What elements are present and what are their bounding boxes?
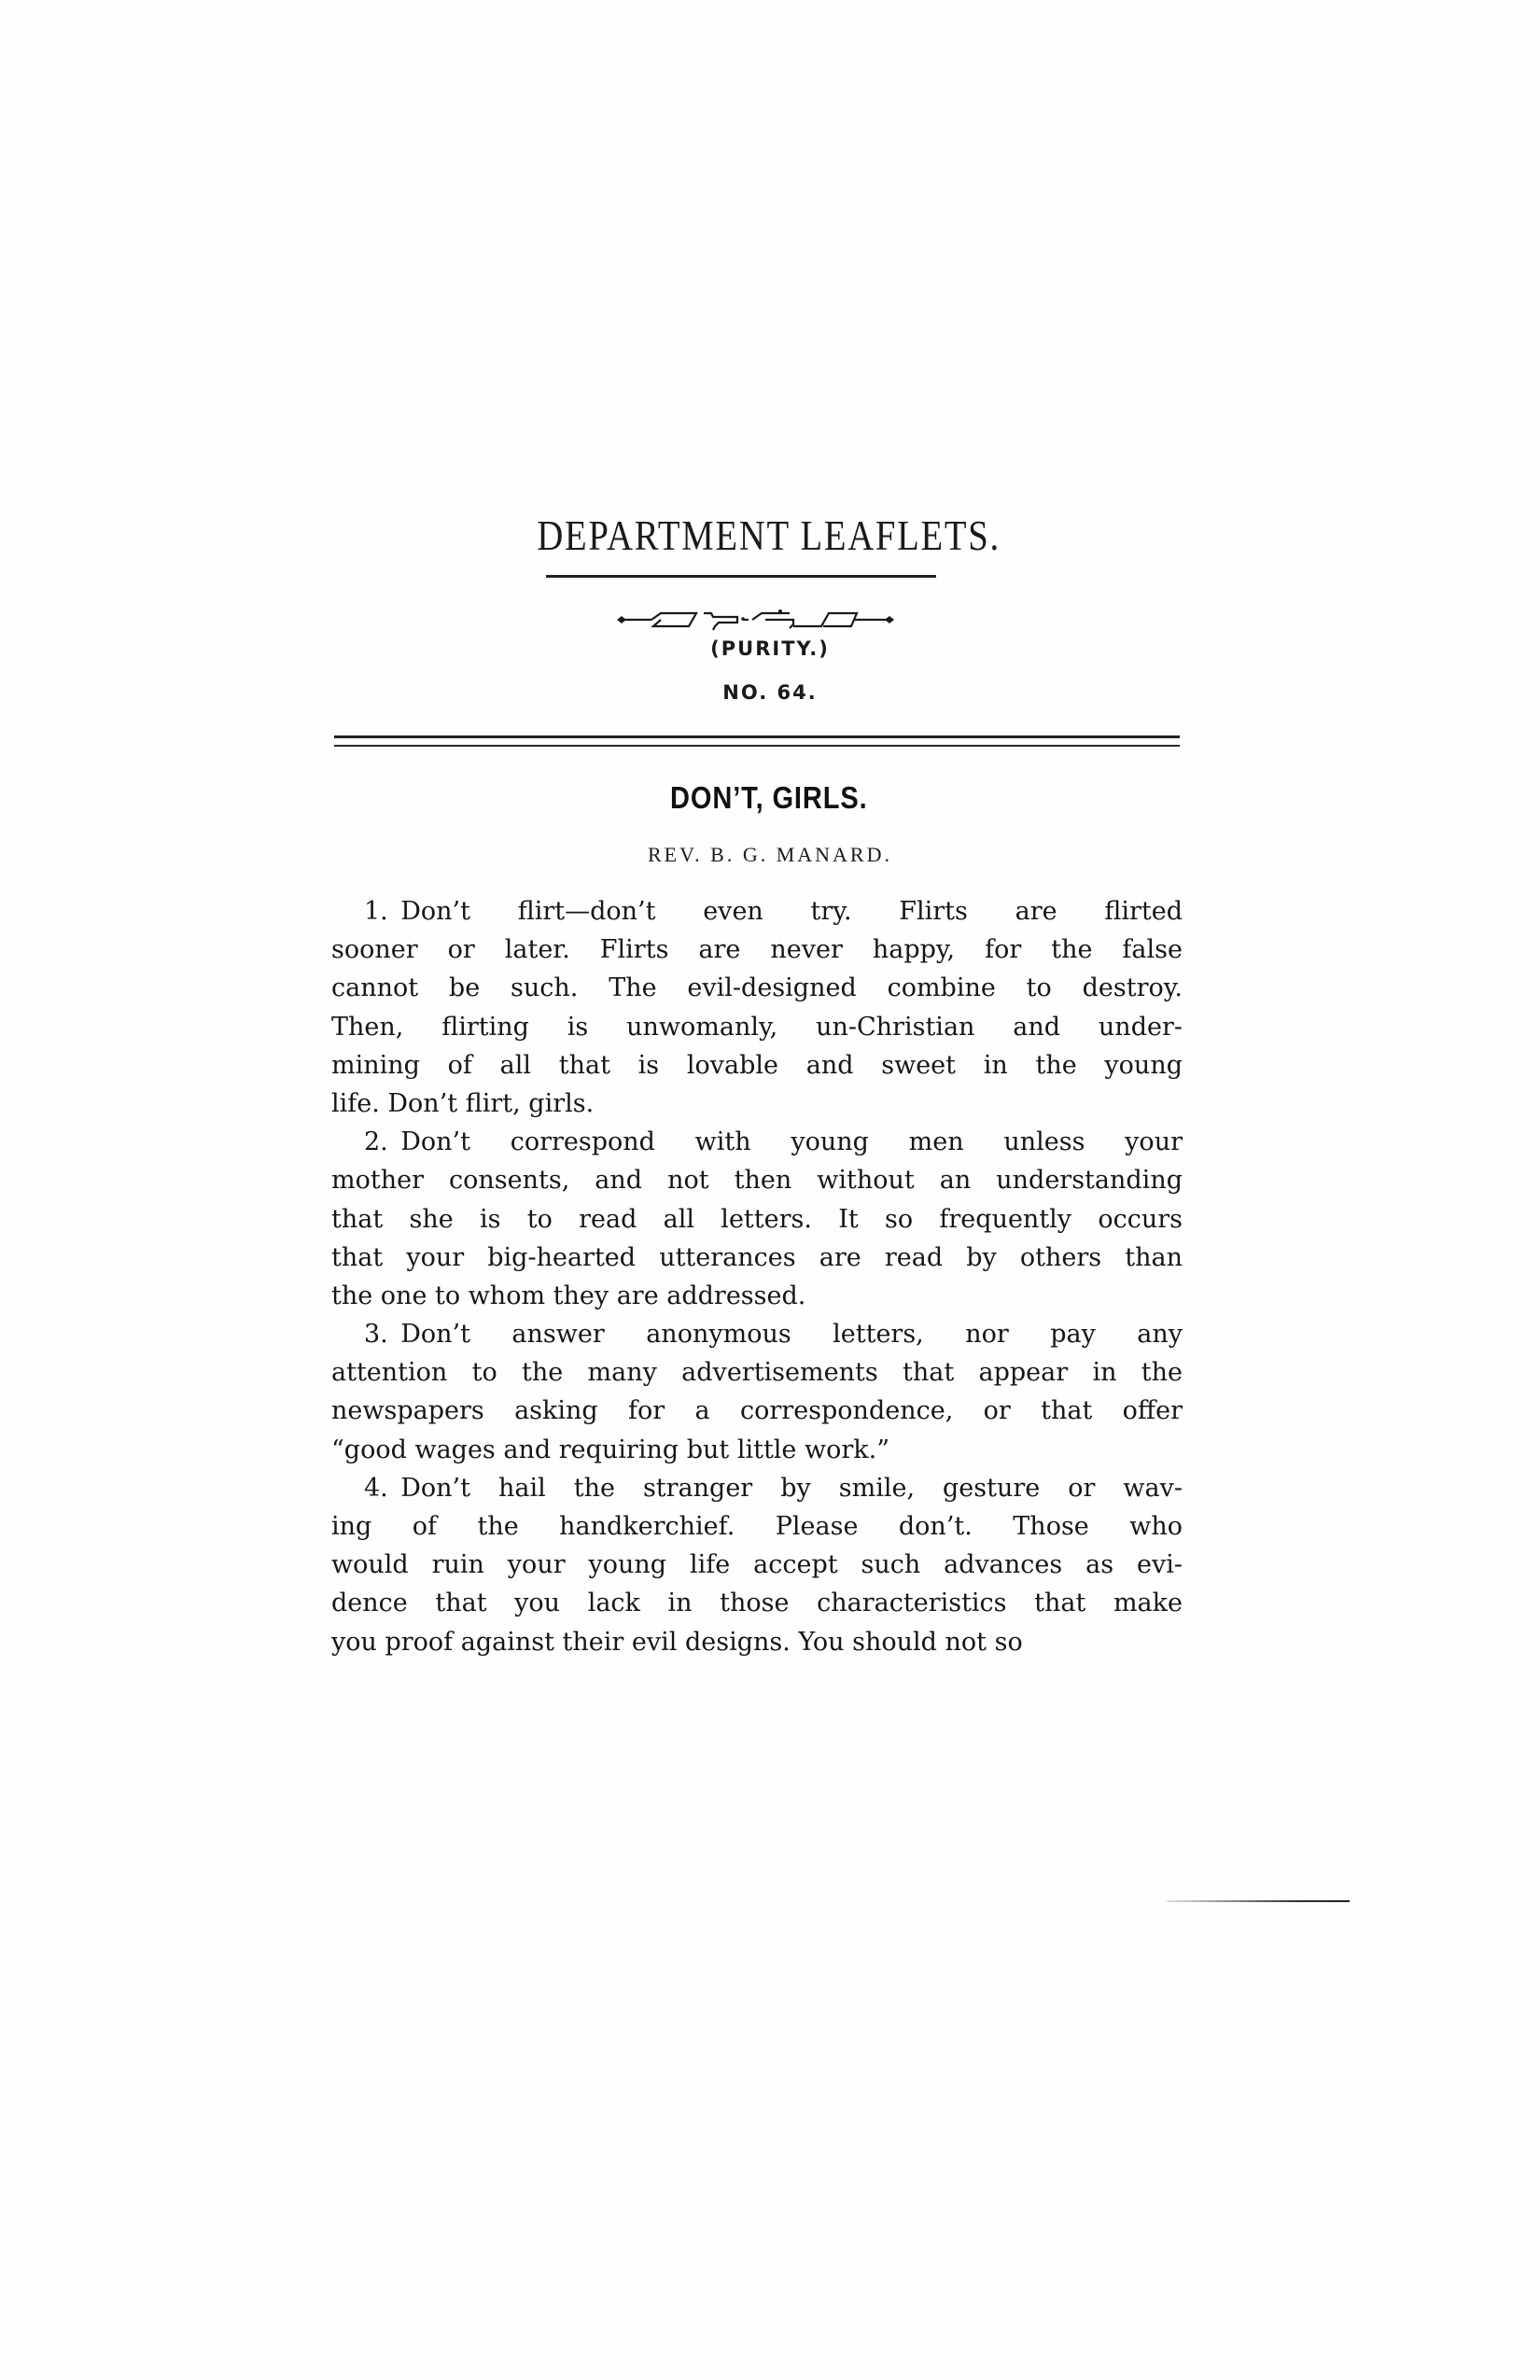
text-line: attention to the many advertisements tha… — [331, 1353, 1183, 1392]
paragraph-2: 2. Don’t correspond with young men unles… — [331, 1123, 1183, 1315]
text-line: 4. Don’t hail the stranger by smile, ges… — [331, 1469, 1183, 1507]
department-title: DEPARTMENT LEAFLETS. — [106, 511, 1431, 560]
footer-rule — [1167, 1900, 1350, 1902]
text-line: 2. Don’t correspond with young men unles… — [331, 1123, 1183, 1161]
paragraph-4: 4. Don’t hail the stranger by smile, ges… — [331, 1469, 1183, 1661]
text-line: life. Don’t flirt, girls. — [331, 1085, 1183, 1123]
text-line: ing of the handkerchief. Please don’t. T… — [331, 1507, 1183, 1546]
paragraph-1: 1. Don’t flirt—don’t even try. Flirts ar… — [331, 892, 1183, 1123]
author-byline: REV. B. G. MANARD. — [0, 843, 1540, 867]
decorative-flourish-icon — [616, 606, 896, 634]
text-line: sooner or later. Flirts are never happy,… — [331, 931, 1183, 969]
text-line: mining of all that is lovable and sweet … — [331, 1046, 1183, 1085]
text-line: mother consents, and not then without an… — [331, 1161, 1183, 1199]
paragraph-number: 2. — [364, 1127, 400, 1156]
text-line: newspapers asking for a correspondence, … — [331, 1392, 1183, 1430]
series-label: (PURITY.) — [0, 637, 1540, 660]
section-rule-top — [334, 735, 1180, 738]
text-line: you proof against their evil designs. Yo… — [331, 1623, 1183, 1661]
leaflet-number: NO. 64. — [0, 681, 1540, 704]
text-line: that your big-hearted utterances are rea… — [331, 1239, 1183, 1277]
text-line: 1. Don’t flirt—don’t even try. Flirts ar… — [331, 892, 1183, 931]
paragraph-number: 1. — [364, 897, 400, 926]
paragraph-3: 3. Don’t answer anonymous letters, nor p… — [331, 1315, 1183, 1469]
text-line: Then, flirting is unwomanly, un-Christia… — [331, 1008, 1183, 1046]
section-rule-bottom — [334, 745, 1180, 747]
title-underline — [546, 575, 936, 578]
article-title: DON’T, GIRLS. — [91, 780, 1447, 816]
text-line: dence that you lack in those characteris… — [331, 1584, 1183, 1622]
text-line: the one to whom they are addressed. — [331, 1277, 1183, 1315]
paragraph-number: 4. — [364, 1474, 400, 1503]
text-line: cannot be such. The evil-designed combin… — [331, 969, 1183, 1007]
text-line: that she is to read all letters. It so f… — [331, 1200, 1183, 1239]
paragraph-number: 3. — [364, 1320, 400, 1349]
text-line: 3. Don’t answer anonymous letters, nor p… — [331, 1315, 1183, 1353]
text-line: “good wages and requiring but little wor… — [331, 1431, 1183, 1469]
article-body: 1. Don’t flirt—don’t even try. Flirts ar… — [331, 892, 1183, 1661]
text-line: would ruin your young life accept such a… — [331, 1546, 1183, 1584]
document-page: DEPARTMENT LEAFLETS. (PURITY.) NO. 64. D… — [0, 0, 1540, 2380]
